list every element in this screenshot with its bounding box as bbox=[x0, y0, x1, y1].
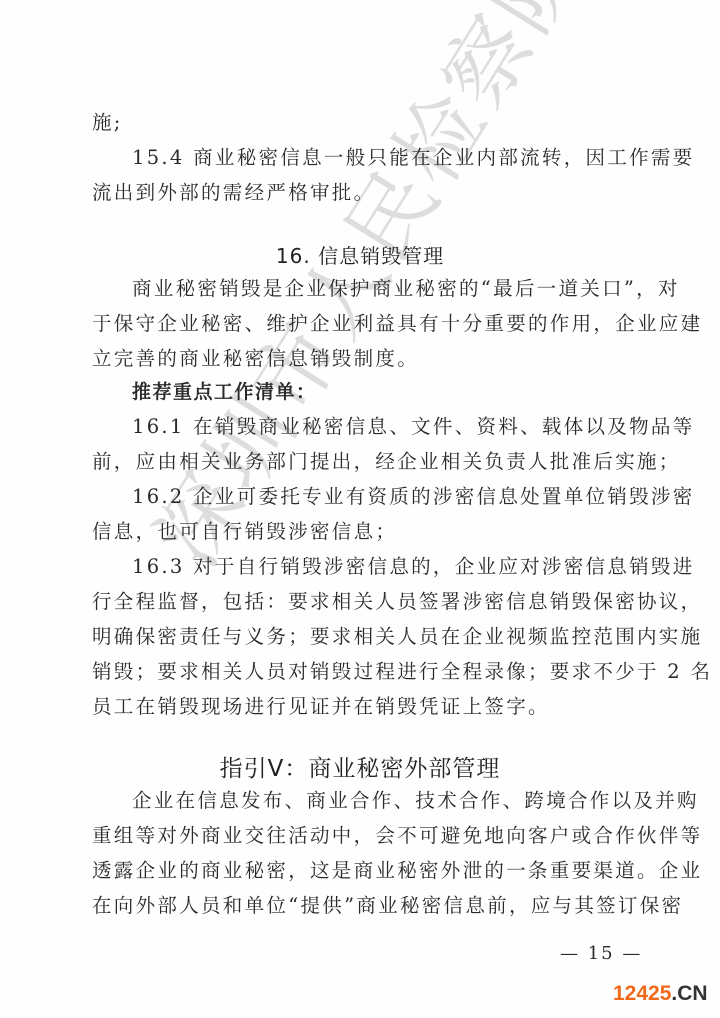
text-line: 透露企业的商业秘密，这是商业秘密外泄的一条重要渠道。企业 bbox=[92, 858, 632, 884]
list-item: 16.2 企业可委托专业有资质的涉密信息处置单位销毁涉密 bbox=[132, 484, 672, 510]
text-line: 重组等对外商业交往活动中，会不可避免地向客户或合作伙伴等 bbox=[92, 823, 632, 849]
guide-heading-5: 指引Ⅴ：商业秘密外部管理 bbox=[0, 750, 720, 783]
list-item: 16.3 对于自行销毁涉密信息的，企业应对涉密信息销毁进 bbox=[132, 554, 672, 580]
text-line: 立完善的商业秘密信息销毁制度。 bbox=[92, 346, 632, 372]
site-logo[interactable]: 12425.CN bbox=[613, 982, 708, 1006]
section-heading-16: 16. 信息销毁管理 bbox=[0, 240, 720, 269]
list-item: 16.1 在销毁商业秘密信息、文件、资料、载体以及物品等 bbox=[132, 414, 672, 440]
text-line: 流出到外部的需经严格审批。 bbox=[92, 180, 632, 206]
list-item: 行全程监督，包括：要求相关人员签署涉密信息销毁保密协议， bbox=[92, 589, 632, 615]
text-line: 施; bbox=[92, 110, 632, 136]
text-line: 于保守企业秘密、维护企业利益具有十分重要的作用，企业应建 bbox=[92, 311, 632, 337]
text-line: 15.4 商业秘密信息一般只能在企业内部流转，因工作需要 bbox=[132, 145, 672, 171]
page-number: — 15 — bbox=[560, 943, 642, 964]
list-item: 前，应由相关业务部门提出，经企业相关负责人批准后实施； bbox=[92, 449, 632, 475]
list-item: 销毁；要求相关人员对销毁过程进行全程录像；要求不少于 2 名 bbox=[92, 659, 632, 685]
list-item: 信息，也可自行销毁涉密信息； bbox=[92, 519, 632, 545]
list-item: 明确保密责任与义务；要求相关人员在企业视频监控范围内实施 bbox=[92, 624, 632, 650]
text-line: 企业在信息发布、商业合作、技术合作、跨境合作以及并购 bbox=[132, 788, 672, 814]
text-line: 商业秘密销毁是企业保护商业秘密的“最后一道关口”，对 bbox=[132, 276, 672, 302]
list-item: 员工在销毁现场进行见证并在销毁凭证上签字。 bbox=[92, 694, 632, 720]
list-title: 推荐重点工作清单： bbox=[132, 379, 672, 405]
text-line: 在向外部人员和单位“提供”商业秘密信息前，应与其签订保密 bbox=[92, 893, 632, 919]
site-logo-number: 12425 bbox=[613, 982, 671, 1005]
site-logo-suffix: .CN bbox=[671, 982, 707, 1005]
